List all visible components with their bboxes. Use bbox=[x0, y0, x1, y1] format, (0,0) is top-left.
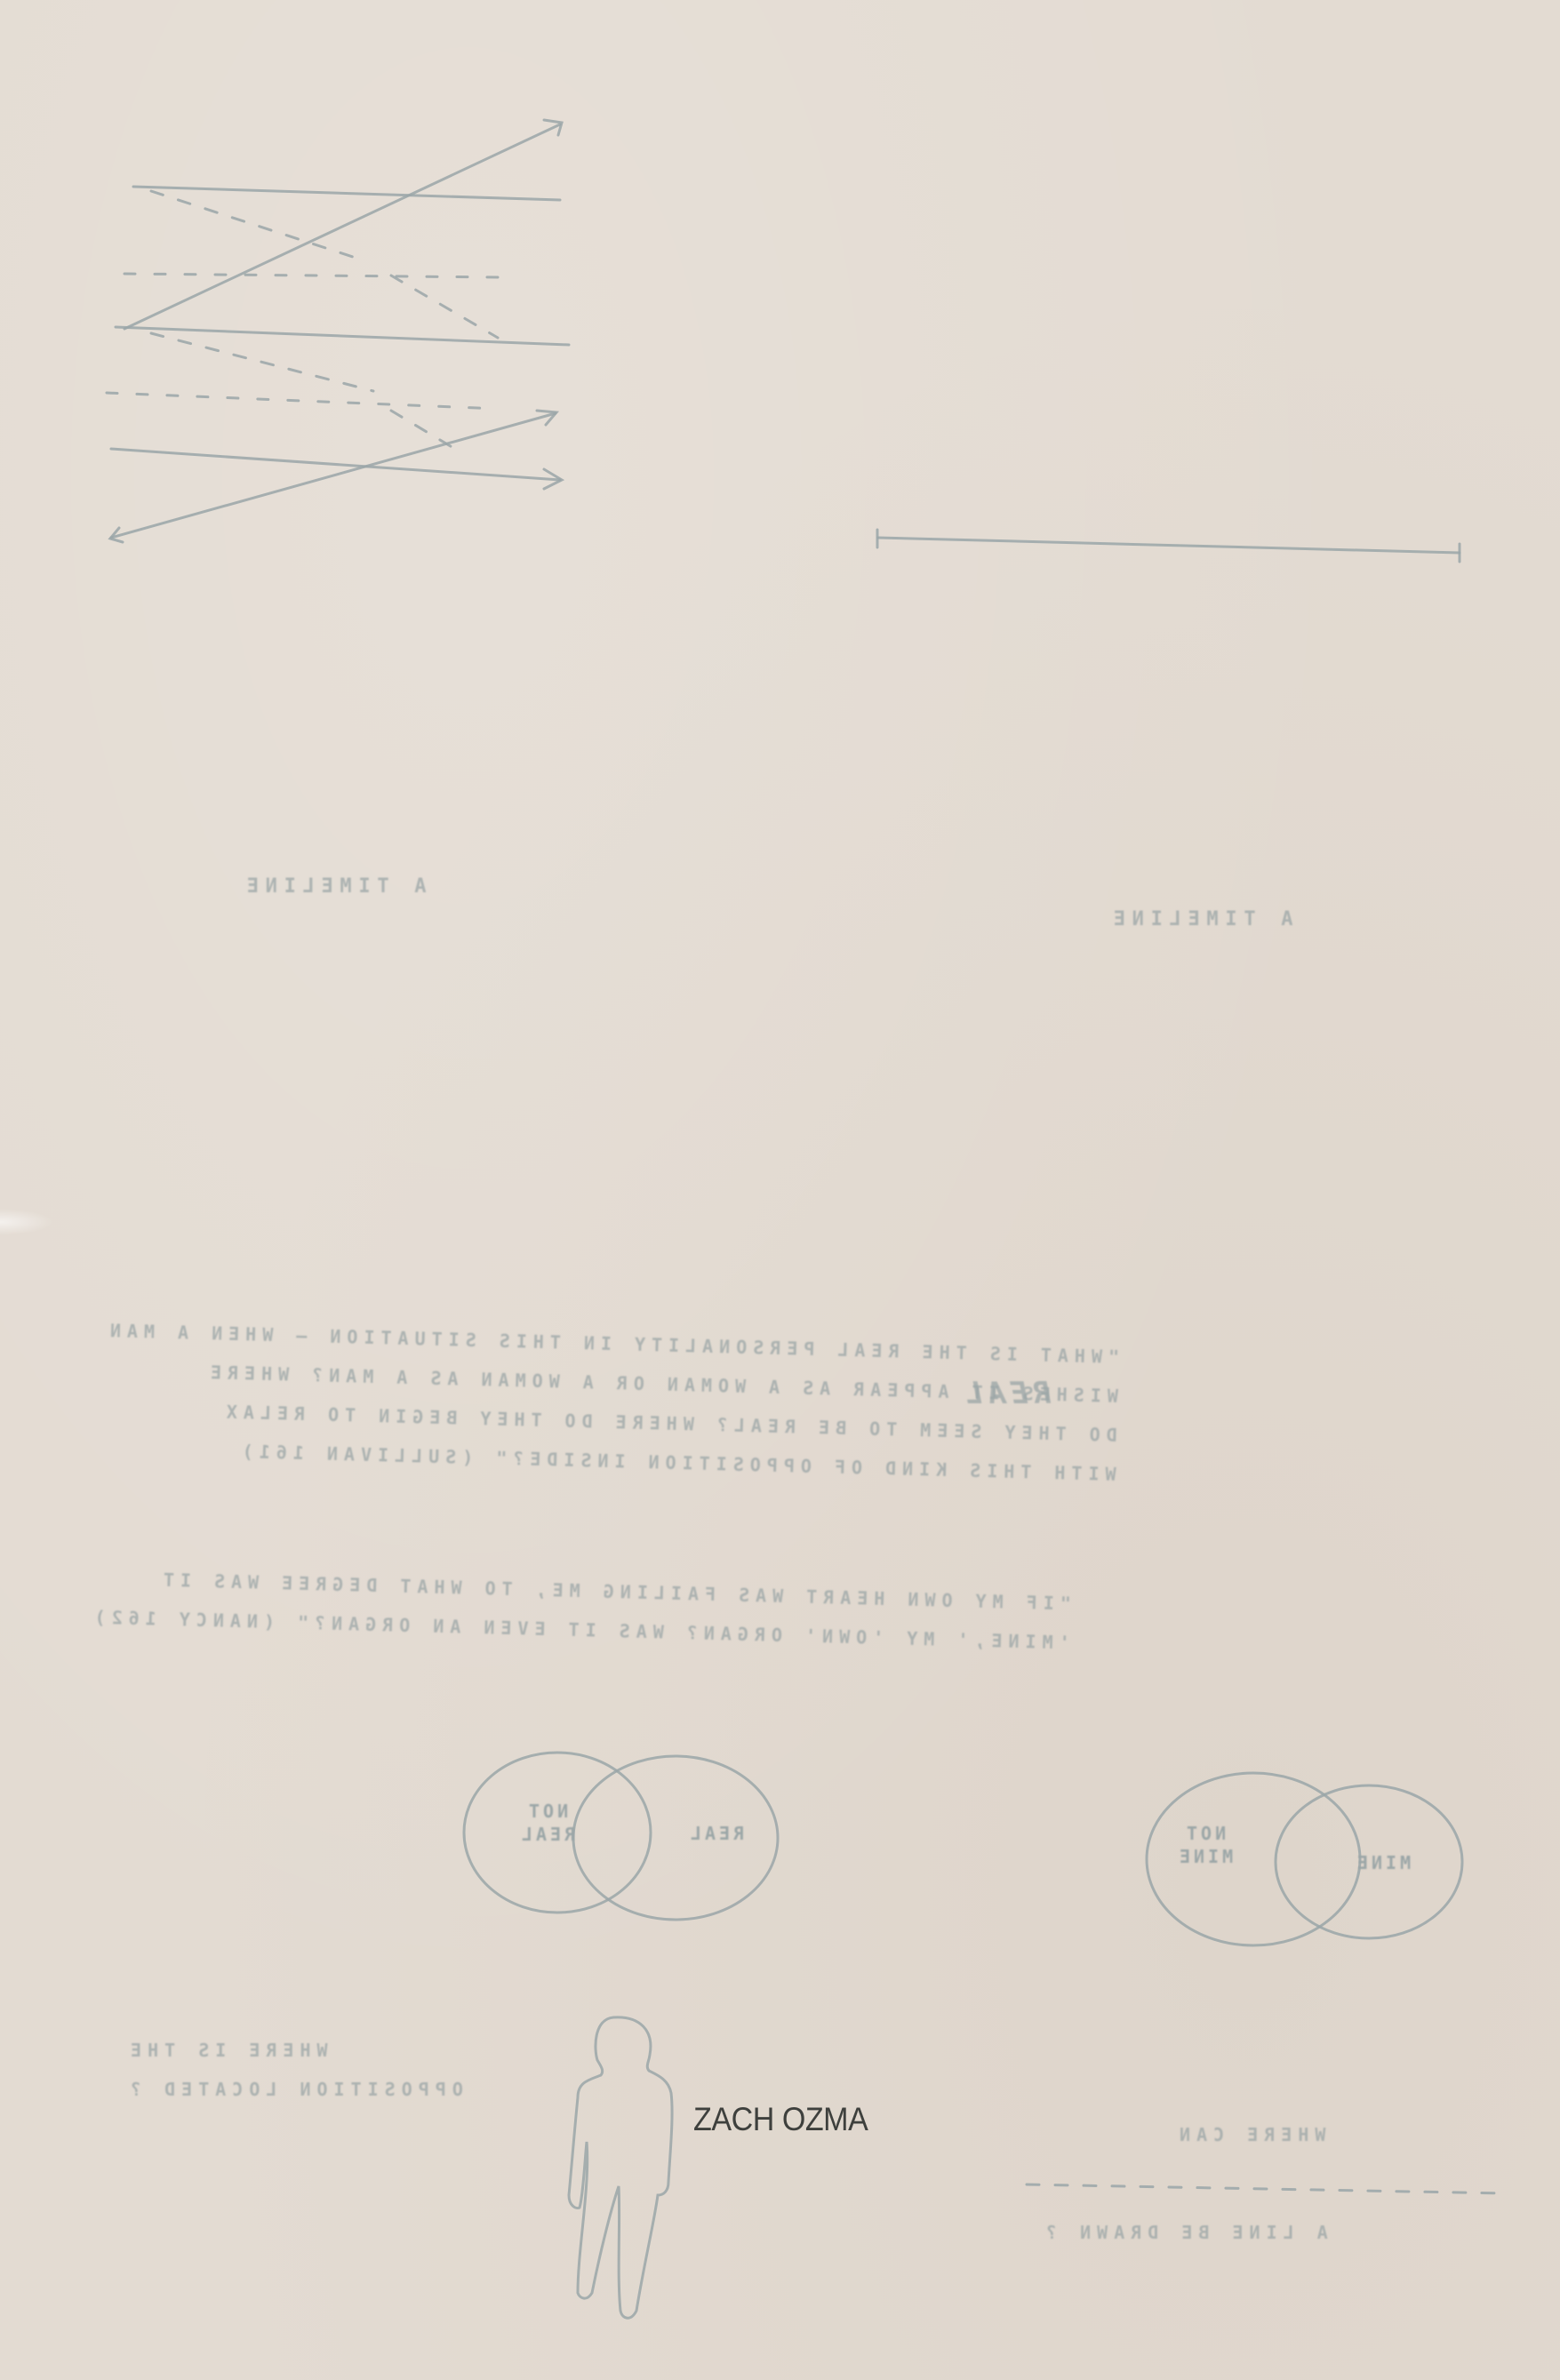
question-line: OPPOSITION LOCATED ? bbox=[124, 2070, 463, 2109]
venn-label-not-real: NOT REAL bbox=[502, 1800, 591, 1846]
pencil-drawings bbox=[0, 0, 1560, 2380]
quote-nancy: "IF MY OWN HEART WAS FAILING ME, TO WHAT… bbox=[88, 1559, 1071, 1663]
person-outline-icon bbox=[569, 2017, 672, 2318]
author-name: ZACH OZMA bbox=[693, 2101, 868, 2138]
paper-crease bbox=[0, 1209, 53, 1235]
venn-label-mine: MINE bbox=[1338, 1851, 1427, 1874]
question-line-where-can: WHERE CAN bbox=[1173, 2124, 1325, 2145]
timeline-label-left: A TIMELINE bbox=[240, 875, 426, 898]
question-opposition: WHERE IS THE OPPOSITION LOCATED ? bbox=[124, 2031, 463, 2109]
dashed-divider bbox=[1027, 2184, 1507, 2193]
zigzag-arrows-icon bbox=[107, 120, 569, 542]
timeline-label-right: A TIMELINE bbox=[1107, 908, 1292, 930]
straight-line-icon bbox=[877, 530, 1460, 562]
question-line-drawn: A LINE BE DRAWN ? bbox=[1040, 2222, 1328, 2243]
venn-label-real: REAL bbox=[662, 1822, 769, 1845]
emphasis-real: REAL bbox=[960, 1376, 1051, 1411]
venn-label-not-mine: NOT MINE bbox=[1156, 1822, 1253, 1868]
question-line: WHERE IS THE bbox=[124, 2031, 463, 2070]
